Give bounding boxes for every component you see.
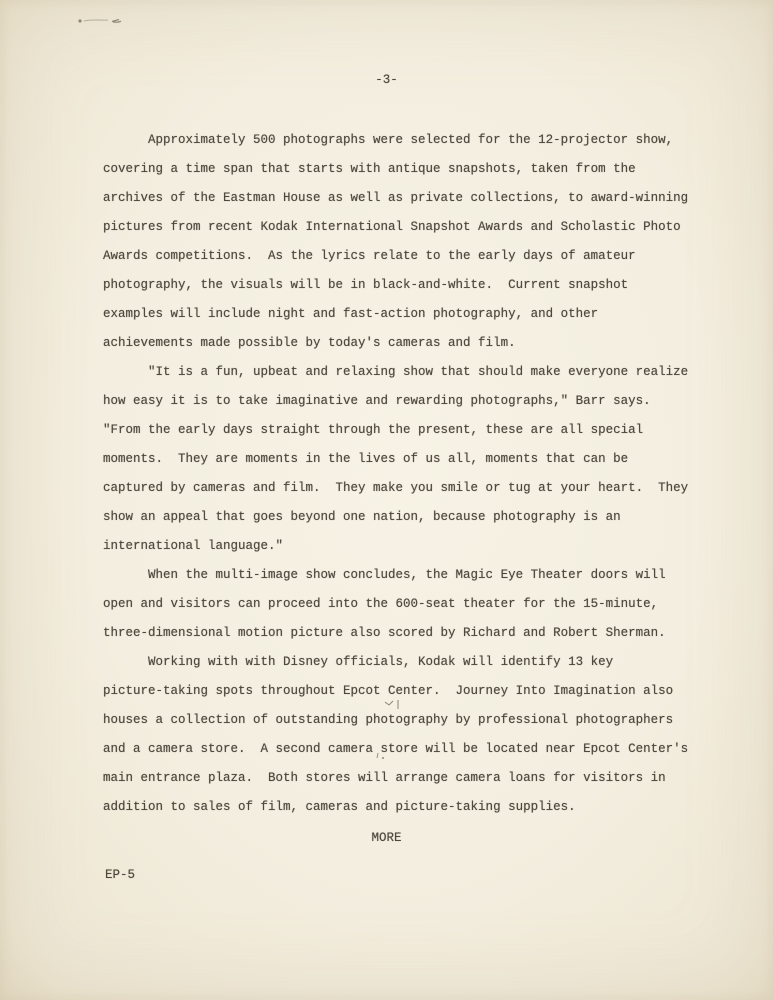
pencil-dot-mark-icon [374,751,390,763]
pencil-scribble-mark [66,8,136,32]
paragraph-barr-quote: "It is a fun, upbeat and relaxing show t… [103,358,688,561]
scanned-document-page: -3- Approximately 500 photographs were s… [0,0,773,1000]
pencil-proof-mark-icon [383,698,405,712]
paragraph-picture-taking-spots: Working with with Disney officials, Koda… [103,648,688,822]
paragraph-projector-show: Approximately 500 photographs were selec… [103,126,688,358]
document-body: Approximately 500 photographs were selec… [103,126,688,822]
page-number: -3- [0,66,773,95]
more-continuation-marker: MORE [0,824,773,853]
footer-code: EP-5 [105,861,135,890]
paragraph-magic-eye-theater: When the multi-image show concludes, the… [103,561,688,648]
